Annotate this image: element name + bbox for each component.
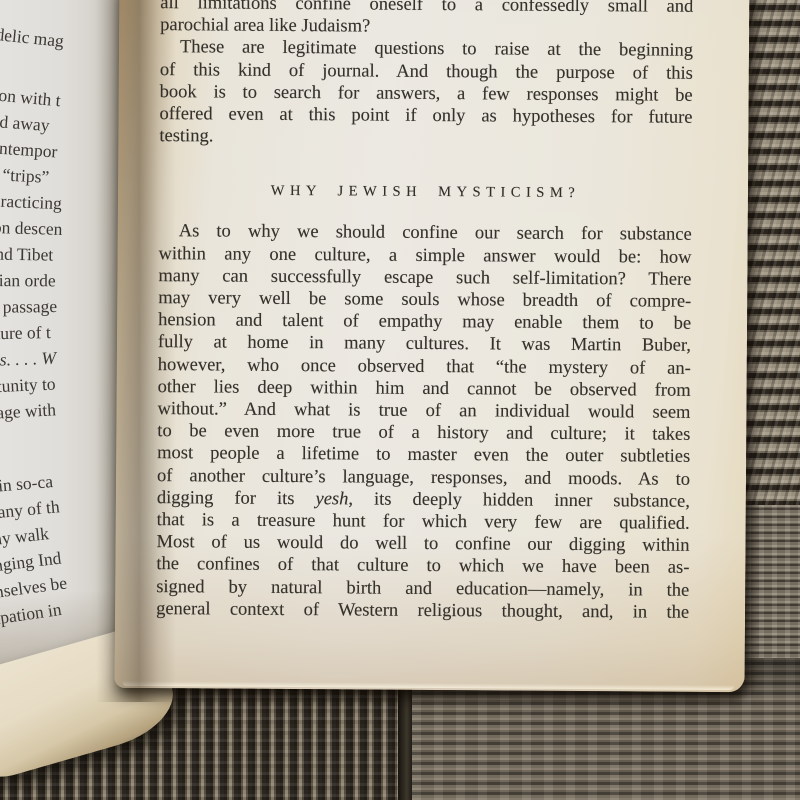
book-photo-scene: in anysychedelic magnnection with twashe…: [0, 0, 800, 800]
paragraph: As to why we should confine our search f…: [156, 221, 692, 624]
text-line: As to why we should confine our search f…: [159, 221, 692, 247]
right-page-text: all limitations confine oneself to a con…: [156, 0, 693, 624]
text-line: testing.: [159, 125, 692, 151]
text-line: general context of Western religious tho…: [156, 598, 689, 624]
text-line: offered even at this point if only as hy…: [159, 103, 692, 129]
italic-word: yesh: [315, 489, 348, 509]
right-book-page: all limitations confine oneself to a con…: [115, 0, 750, 692]
text-segment: digging for its: [157, 488, 316, 509]
section-heading: WHY JEWISH MYSTICISM?: [159, 181, 692, 205]
text-line: fully at home in many cultures. It was M…: [158, 332, 691, 358]
text-segment: , its deeply hidden inner substance,: [348, 489, 690, 511]
text-line: the confines of that culture to which we…: [156, 554, 689, 580]
paragraph: all limitations confine oneself to a con…: [160, 0, 693, 40]
text-line: most people a lifetime to master even th…: [157, 443, 690, 469]
text-line: These are legitimate questions to raise …: [160, 37, 693, 63]
paragraph: These are legitimate questions to raise …: [159, 37, 693, 152]
